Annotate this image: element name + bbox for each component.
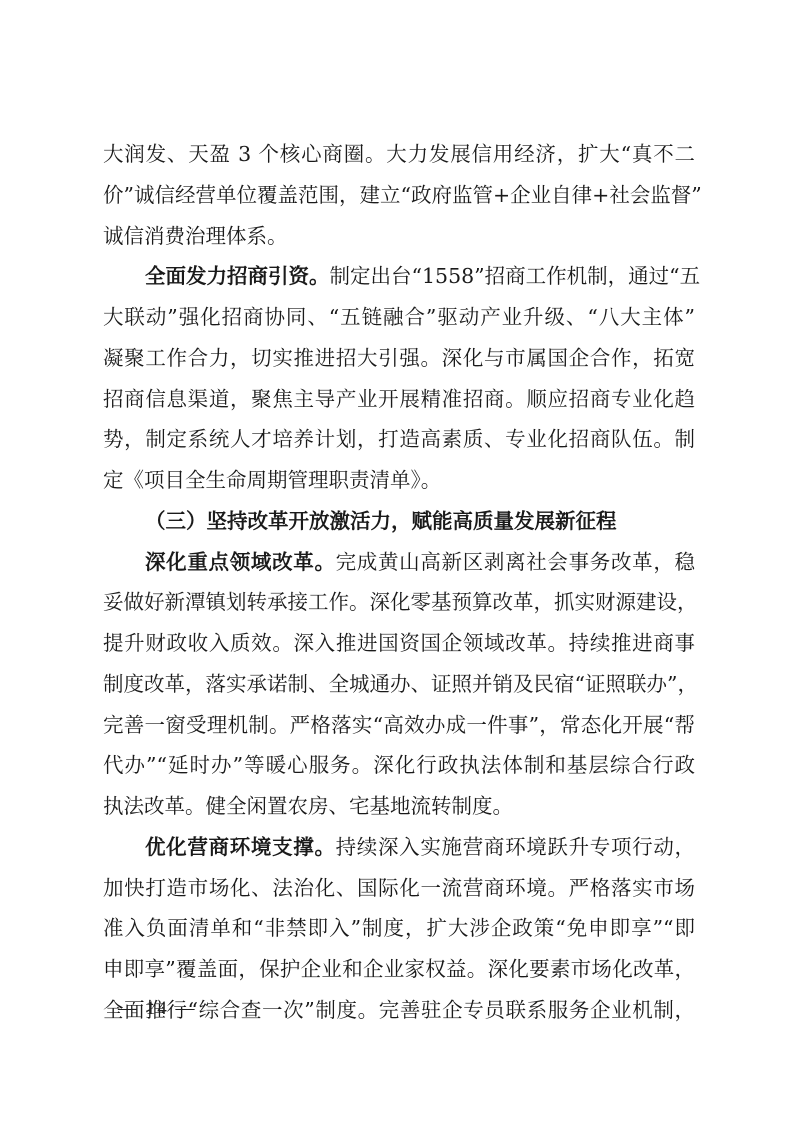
text-line: 提升财政收入质效。深入推进国资国企领域改革。持续推进商事 (103, 623, 695, 664)
paragraph-key-reforms: 深化重点领域改革。完成黄山高新区剥离社会事务改革，稳 妥做好新潭镇划转承接工作。… (103, 542, 695, 827)
text-line: 制度改革，落实承诺制、全城通办、证照并销及民宿“证照联办”， (103, 664, 695, 705)
text-line: 势，制定系统人才培养计划，打造高素质、专业化招商队伍。制 (103, 419, 695, 460)
text-run: 持续深入实施营商环境跃升专项行动， (336, 835, 695, 859)
text-run: 制定出台“1558”招商工作机制，通过“五 (330, 264, 701, 288)
text-line: 执法改革。健全闲置农房、宅基地流转制度。 (103, 786, 695, 827)
document-body: 大润发、天盈 3 个核心商圈。大力发展信用经济，扩大“真不二 价”诚信经营单位覆… (103, 134, 695, 1031)
text-line: 妥做好新潭镇划转承接工作。深化零基预算改革，抓实财源建设， (103, 582, 695, 623)
text-line: 申即享”覆盖面，保护企业和企业家权益。深化要素市场化改革， (103, 949, 695, 990)
paragraph-lead-title: 全面发力招商引资。 (145, 264, 330, 288)
text-line: 加快打造市场化、法治化、国际化一流营商环境。严格落实市场 (103, 868, 695, 909)
text-line: 全面发力招商引资。制定出台“1558”招商工作机制，通过“五 (103, 256, 695, 297)
document-page: 大润发、天盈 3 个核心商圈。大力发展信用经济，扩大“真不二 价”诚信经营单位覆… (0, 0, 793, 1122)
text-line: 凝聚工作合力，切实推进招大引强。深化与市属国企合作，拓宽 (103, 338, 695, 379)
paragraph-lead-title: 优化营商环境支撑。 (145, 835, 336, 859)
paragraph-consumer-credit: 大润发、天盈 3 个核心商圈。大力发展信用经济，扩大“真不二 价”诚信经营单位覆… (103, 134, 695, 256)
text-line: 大联动”强化招商协同、“五链融合”驱动产业升级、“八大主体” (103, 297, 695, 338)
text-line: 招商信息渠道，聚焦主导产业开展精准招商。顺应招商专业化趋 (103, 379, 695, 420)
text-line: 定《项目全生命周期管理职责清单》。 (103, 460, 695, 501)
text-line: 代办”“延时办”等暖心服务。深化行政执法体制和基层综合行政 (103, 745, 695, 786)
text-run: 完成黄山高新区剥离社会事务改革，稳 (336, 550, 695, 574)
text-line: 准入负面清单和“非禁即入”制度，扩大涉企政策“免申即享”“即 (103, 908, 695, 949)
section-heading: （三）坚持改革开放激活力，赋能高质量发展新征程 (103, 501, 695, 542)
text-line: 诚信消费治理体系。 (103, 216, 695, 257)
page-number: — 14 — (118, 998, 197, 1020)
text-line: 价”诚信经营单位覆盖范围，建立“政府监管+企业自律+社会监督” (103, 175, 695, 216)
text-line: 深化重点领域改革。完成黄山高新区剥离社会事务改革，稳 (103, 542, 695, 583)
paragraph-lead-title: 深化重点领域改革。 (145, 550, 336, 574)
paragraph-investment-attraction: 全面发力招商引资。制定出台“1558”招商工作机制，通过“五 大联动”强化招商协… (103, 256, 695, 501)
text-line: 大润发、天盈 3 个核心商圈。大力发展信用经济，扩大“真不二 (103, 134, 695, 175)
text-line: 完善一窗受理机制。严格落实“高效办成一件事”，常态化开展“帮 (103, 705, 695, 746)
text-line: 优化营商环境支撑。持续深入实施营商环境跃升专项行动， (103, 827, 695, 868)
